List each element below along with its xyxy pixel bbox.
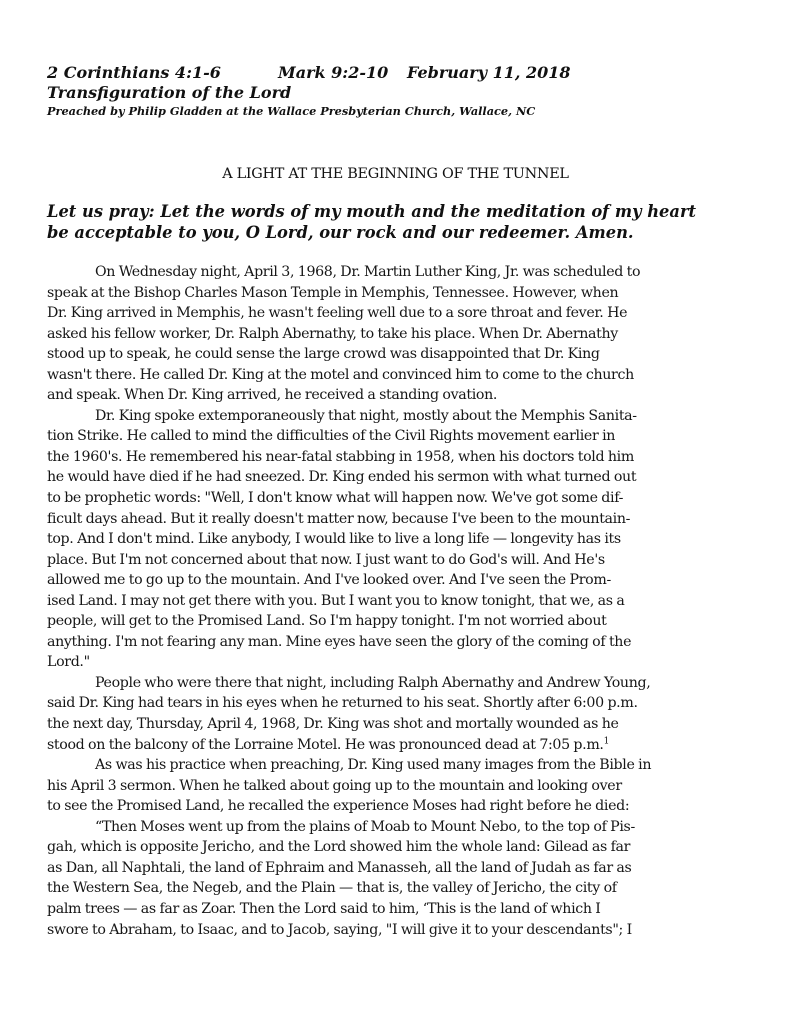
body-line: anything. I'm not fearing any man. Mine … <box>47 632 739 653</box>
body-line-text: asked his fellow worker, Dr. Ralph Abern… <box>47 326 618 342</box>
prayer-line: be acceptable to you, O Lord, our rock a… <box>47 222 747 243</box>
body-line: to be prophetic words: "Well, I don't kn… <box>47 488 739 509</box>
opening-prayer: Let us pray: Let the words of my mouth a… <box>47 201 747 243</box>
liturgical-occasion: Transfiguration of the Lord <box>47 83 747 103</box>
body-line: People who were there that night, includ… <box>47 673 739 694</box>
body-line: Lord." <box>47 652 739 673</box>
sermon-header: 2 Corinthians 4:1-6 Mark 9:2-10 February… <box>47 62 747 119</box>
body-line-text: place. But I'm not concerned about that … <box>47 552 605 568</box>
body-line-text: On Wednesday night, April 3, 1968, Dr. M… <box>95 264 640 280</box>
footnote-marker[interactable]: 1 <box>604 736 609 746</box>
body-line: stood up to speak, he could sense the la… <box>47 344 739 365</box>
body-line: to see the Promised Land, he recalled th… <box>47 796 739 817</box>
prayer-line: Let us pray: Let the words of my mouth a… <box>47 201 747 222</box>
body-line-text: Lord." <box>47 654 90 670</box>
body-line-text: wasn't there. He called Dr. King at the … <box>47 367 634 383</box>
body-line-text: “Then Moses went up from the plains of M… <box>95 819 635 835</box>
body-line-text: As was his practice when preaching, Dr. … <box>95 757 651 773</box>
body-line-text: the Western Sea, the Negeb, and the Plai… <box>47 880 617 896</box>
body-line-text: as Dan, all Naphtali, the land of Ephrai… <box>47 860 631 876</box>
body-line-text: swore to Abraham, to Isaac, and to Jacob… <box>47 922 632 938</box>
body-line: as Dan, all Naphtali, the land of Ephrai… <box>47 858 739 879</box>
scripture-reference-2: Mark 9:2-10 <box>278 62 388 83</box>
body-line-text: and speak. When Dr. King arrived, he rec… <box>47 387 497 403</box>
sermon-body: On Wednesday night, April 3, 1968, Dr. M… <box>47 262 739 940</box>
document-page: 2 Corinthians 4:1-6 Mark 9:2-10 February… <box>0 0 791 1024</box>
body-line-text: anything. I'm not fearing any man. Mine … <box>47 634 631 650</box>
body-line: ficult days ahead. But it really doesn't… <box>47 509 739 530</box>
body-line: the Western Sea, the Negeb, and the Plai… <box>47 878 739 899</box>
body-line: As was his practice when preaching, Dr. … <box>47 755 739 776</box>
body-line-text: his April 3 sermon. When he talked about… <box>47 778 622 794</box>
preacher-line: Preached by Philip Gladden at the Wallac… <box>47 103 747 119</box>
body-line-text: stood on the balcony of the Lorraine Mot… <box>47 737 604 753</box>
body-line: asked his fellow worker, Dr. Ralph Abern… <box>47 324 739 345</box>
body-line-text: Dr. King spoke extemporaneously that nig… <box>95 408 637 424</box>
body-line: stood on the balcony of the Lorraine Mot… <box>47 735 739 756</box>
body-line: gah, which is opposite Jericho, and the … <box>47 837 739 858</box>
body-line: place. But I'm not concerned about that … <box>47 550 739 571</box>
body-line-text: allowed me to go up to the mountain. And… <box>47 572 611 588</box>
scripture-date-line: 2 Corinthians 4:1-6 Mark 9:2-10 February… <box>47 62 747 83</box>
body-line-text: to be prophetic words: "Well, I don't kn… <box>47 490 623 506</box>
body-line-text: people, will get to the Promised Land. S… <box>47 613 607 629</box>
body-line: the 1960's. He remembered his near-fatal… <box>47 447 739 468</box>
body-line: the next day, Thursday, April 4, 1968, D… <box>47 714 739 735</box>
body-line-text: palm trees — as far as Zoar. Then the Lo… <box>47 901 601 917</box>
body-line-text: gah, which is opposite Jericho, and the … <box>47 839 630 855</box>
body-line-text: to see the Promised Land, he recalled th… <box>47 798 629 814</box>
body-line-text: top. And I don't mind. Like anybody, I w… <box>47 531 621 547</box>
body-line-text: tion Strike. He called to mind the diffi… <box>47 428 615 444</box>
sermon-title: A LIGHT AT THE BEGINNING OF THE TUNNEL <box>0 164 791 184</box>
body-line: “Then Moses went up from the plains of M… <box>47 817 739 838</box>
body-line: swore to Abraham, to Isaac, and to Jacob… <box>47 920 739 941</box>
body-line: allowed me to go up to the mountain. And… <box>47 570 739 591</box>
body-line: his April 3 sermon. When he talked about… <box>47 776 739 797</box>
sermon-date: February 11, 2018 <box>407 62 571 83</box>
body-line: top. And I don't mind. Like anybody, I w… <box>47 529 739 550</box>
body-line-text: said Dr. King had tears in his eyes when… <box>47 695 638 711</box>
body-line: tion Strike. He called to mind the diffi… <box>47 426 739 447</box>
body-line: ised Land. I may not get there with you.… <box>47 591 739 612</box>
body-line-text: People who were there that night, includ… <box>95 675 650 691</box>
scripture-reference-1: 2 Corinthians 4:1-6 <box>47 62 221 83</box>
body-line-text: he would have died if he had sneezed. Dr… <box>47 469 636 485</box>
body-line: palm trees — as far as Zoar. Then the Lo… <box>47 899 739 920</box>
body-line: Dr. King arrived in Memphis, he wasn't f… <box>47 303 739 324</box>
body-line: and speak. When Dr. King arrived, he rec… <box>47 385 739 406</box>
body-line-text: ised Land. I may not get there with you.… <box>47 593 624 609</box>
body-line-text: Dr. King arrived in Memphis, he wasn't f… <box>47 305 627 321</box>
body-line-text: stood up to speak, he could sense the la… <box>47 346 600 362</box>
body-line: On Wednesday night, April 3, 1968, Dr. M… <box>47 262 739 283</box>
body-line: people, will get to the Promised Land. S… <box>47 611 739 632</box>
body-line-text: the next day, Thursday, April 4, 1968, D… <box>47 716 619 732</box>
body-line: Dr. King spoke extemporaneously that nig… <box>47 406 739 427</box>
body-line: he would have died if he had sneezed. Dr… <box>47 467 739 488</box>
body-line: wasn't there. He called Dr. King at the … <box>47 365 739 386</box>
body-line-text: the 1960's. He remembered his near-fatal… <box>47 449 634 465</box>
body-line-text: speak at the Bishop Charles Mason Temple… <box>47 285 618 301</box>
body-line-text: ficult days ahead. But it really doesn't… <box>47 511 630 527</box>
body-line: said Dr. King had tears in his eyes when… <box>47 693 739 714</box>
body-line: speak at the Bishop Charles Mason Temple… <box>47 283 739 304</box>
